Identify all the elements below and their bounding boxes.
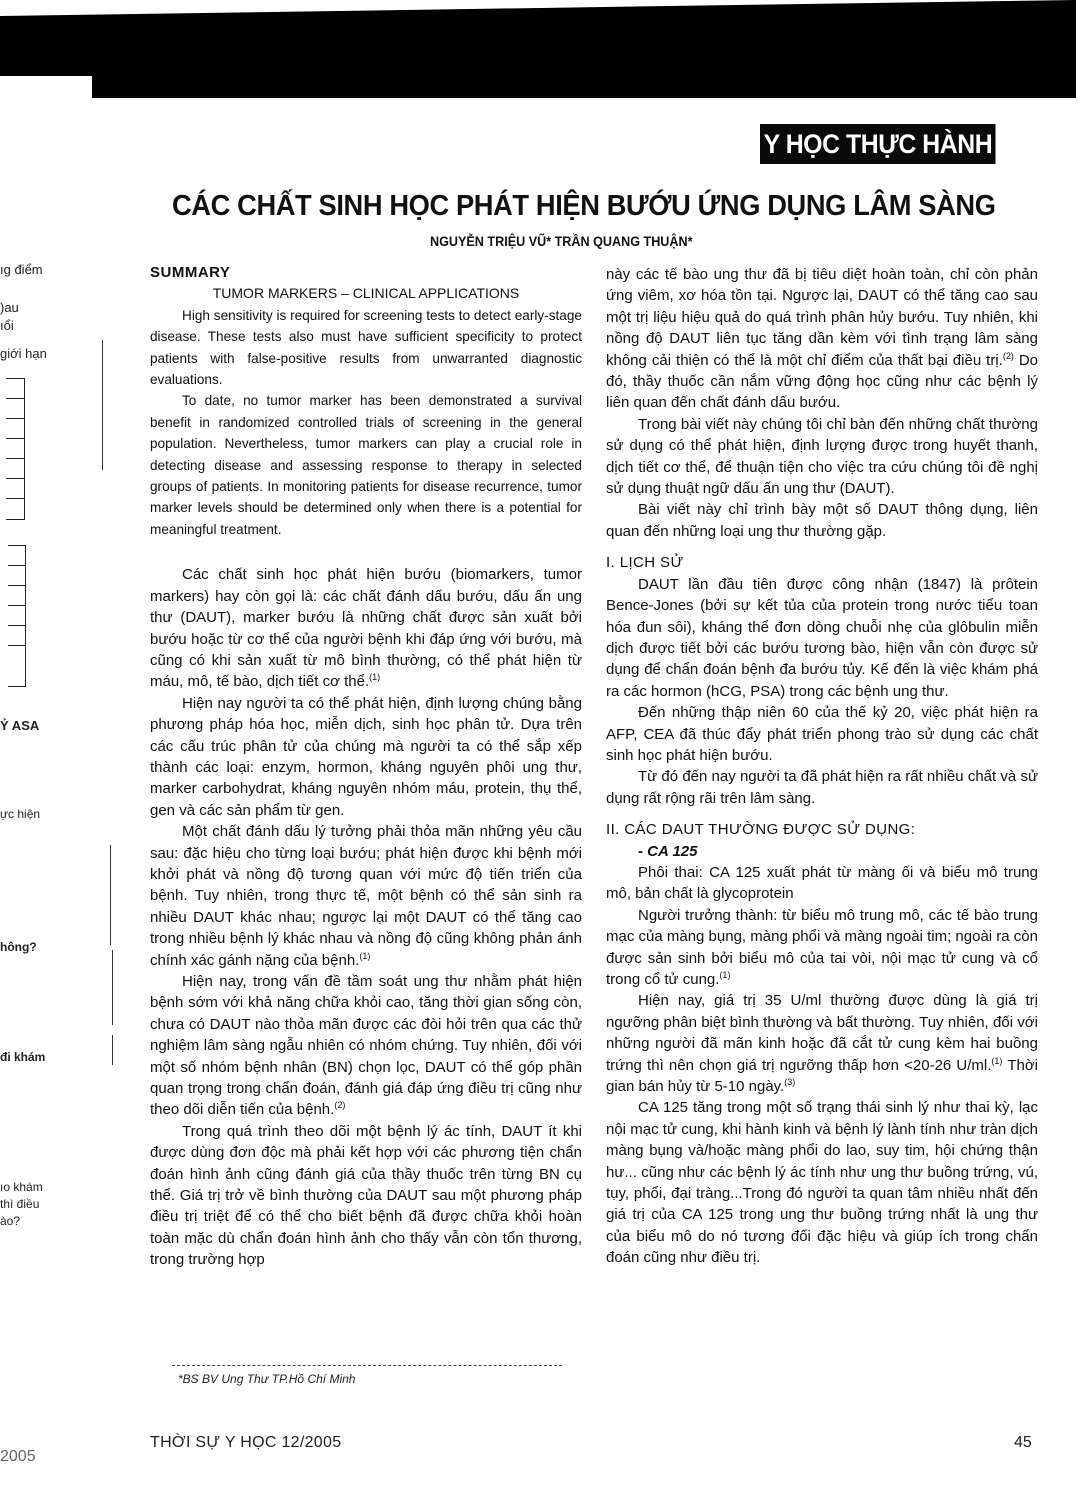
left-column: SUMMARY TUMOR MARKERS – CLINICAL APPLICA… [150,262,582,1271]
body-paragraph: Trong bài viết này chúng tôi chỉ bàn đến… [606,414,1038,500]
body-paragraph: DAUT lần đầu tiên được công nhận (1847) … [606,574,1038,702]
margin-fragment: thì điều [0,1197,39,1211]
citation-ref[interactable]: (2) [1003,351,1014,361]
margin-tick [8,625,26,626]
article-authors: NGUYỄN TRIỆU VŨ* TRẦN QUANG THUẬN* [430,233,693,249]
margin-tick [6,398,24,399]
body-paragraph: Hiện nay, trong vấn đề tầm soát ung thư … [150,971,582,1121]
scan-artifact-line [110,845,111,945]
body-paragraph: Hiện nay, giá trị 35 U/ml thường được dù… [606,990,1038,1097]
scan-artifact-line [112,1035,113,1065]
margin-fragment: giới hạn [0,346,47,361]
body-paragraph: Hiện nay người ta có thể phát hiện, định… [150,693,582,821]
margin-fragment: ıổi [0,318,14,333]
right-column: này các tế bào ung thư đã bị tiêu diệt h… [606,264,1038,1269]
citation-ref[interactable]: (1) [719,970,730,980]
margin-tick [6,458,24,459]
citation-ref[interactable]: (3) [784,1077,795,1087]
margin-tick [8,605,26,606]
scan-artifact-line [112,950,113,1025]
body-paragraph: CA 125 tăng trong một số trạng thái sinh… [606,1097,1038,1268]
margin-tick [6,418,24,419]
margin-fragment: hông? [0,940,37,954]
margin-tick [8,686,26,687]
section-heading-common-markers: II. CÁC DAUT THƯỜNG ĐƯỢC SỬ DỤNG: [606,819,1038,840]
margin-fragment: đi khám [0,1050,45,1064]
margin-fragment: ıo khám [0,1180,43,1194]
margin-fragment: ực hiện [0,807,40,821]
body-paragraph: Các chất sinh học phát hiện bướu (biomar… [150,564,582,692]
body-paragraph: Đến những thập niên 60 của thế kỷ 20, vi… [606,702,1038,766]
body-paragraph: Từ đó đến nay người ta đã phát hiện ra r… [606,766,1038,809]
author-footnote: *BS BV Ung Thư TP.Hồ Chí Minh [178,1372,355,1386]
margin-tick [8,645,26,646]
body-paragraph: Người trưởng thành: từ biểu mô trung mô,… [606,905,1038,991]
margin-fragment: ào? [0,1214,20,1228]
margin-fragment: Ỷ ASA [0,718,39,733]
citation-ref[interactable]: (2) [334,1100,345,1110]
body-paragraph: Bài viết này chỉ trình bày một số DAUT t… [606,499,1038,542]
body-paragraph: Trong quá trình theo dõi một bệnh lý ác … [150,1121,582,1271]
footnote-divider [172,1365,562,1366]
margin-tick [8,545,26,546]
margin-tick [6,378,24,379]
citation-ref[interactable]: (1) [991,1056,1002,1066]
citation-ref[interactable]: (1) [369,672,380,682]
margin-fragment: 2005 [0,1448,36,1466]
margin-tick [8,585,26,586]
margin-fragment: )au [0,300,19,315]
summary-paragraph: High sensitivity is required for screeni… [150,305,582,391]
margin-tick [6,478,24,479]
body-paragraph: Một chất đánh dấu lý tưởng phải thỏa mãn… [150,821,582,971]
journal-footer: THỜI SỰ Y HỌC 12/2005 [150,1434,341,1452]
section-heading-history: I. LỊCH SỬ [606,552,1038,573]
margin-tick [6,438,24,439]
body-paragraph: này các tế bào ung thư đã bị tiêu diệt h… [606,264,1038,414]
page-number: 45 [1014,1434,1032,1452]
article-title: CÁC CHẤT SINH HỌC PHÁT HIỆN BƯỚU ỨNG DỤN… [172,190,980,223]
margin-tick [6,498,24,499]
margin-tick [6,519,24,520]
citation-ref[interactable]: (1) [359,951,370,961]
body-paragraph: Phôi thai: CA 125 xuất phát từ màng ối v… [606,862,1038,905]
summary-heading: SUMMARY [150,262,582,283]
section-label: Y HỌC THỰC HÀNH [760,124,996,164]
scan-artifact-line [102,340,103,470]
margin-tick [8,565,26,566]
summary-subtitle: TUMOR MARKERS – CLINICAL APPLICATIONS [150,283,582,304]
margin-table-lines [4,545,26,687]
subheading-ca125: - CA 125 [606,841,1038,862]
header-black-band [0,0,1076,98]
summary-block: SUMMARY TUMOR MARKERS – CLINICAL APPLICA… [150,262,582,540]
margin-fragment: ıg điểm [0,262,43,277]
summary-paragraph: To date, no tumor marker has been demons… [150,390,582,540]
